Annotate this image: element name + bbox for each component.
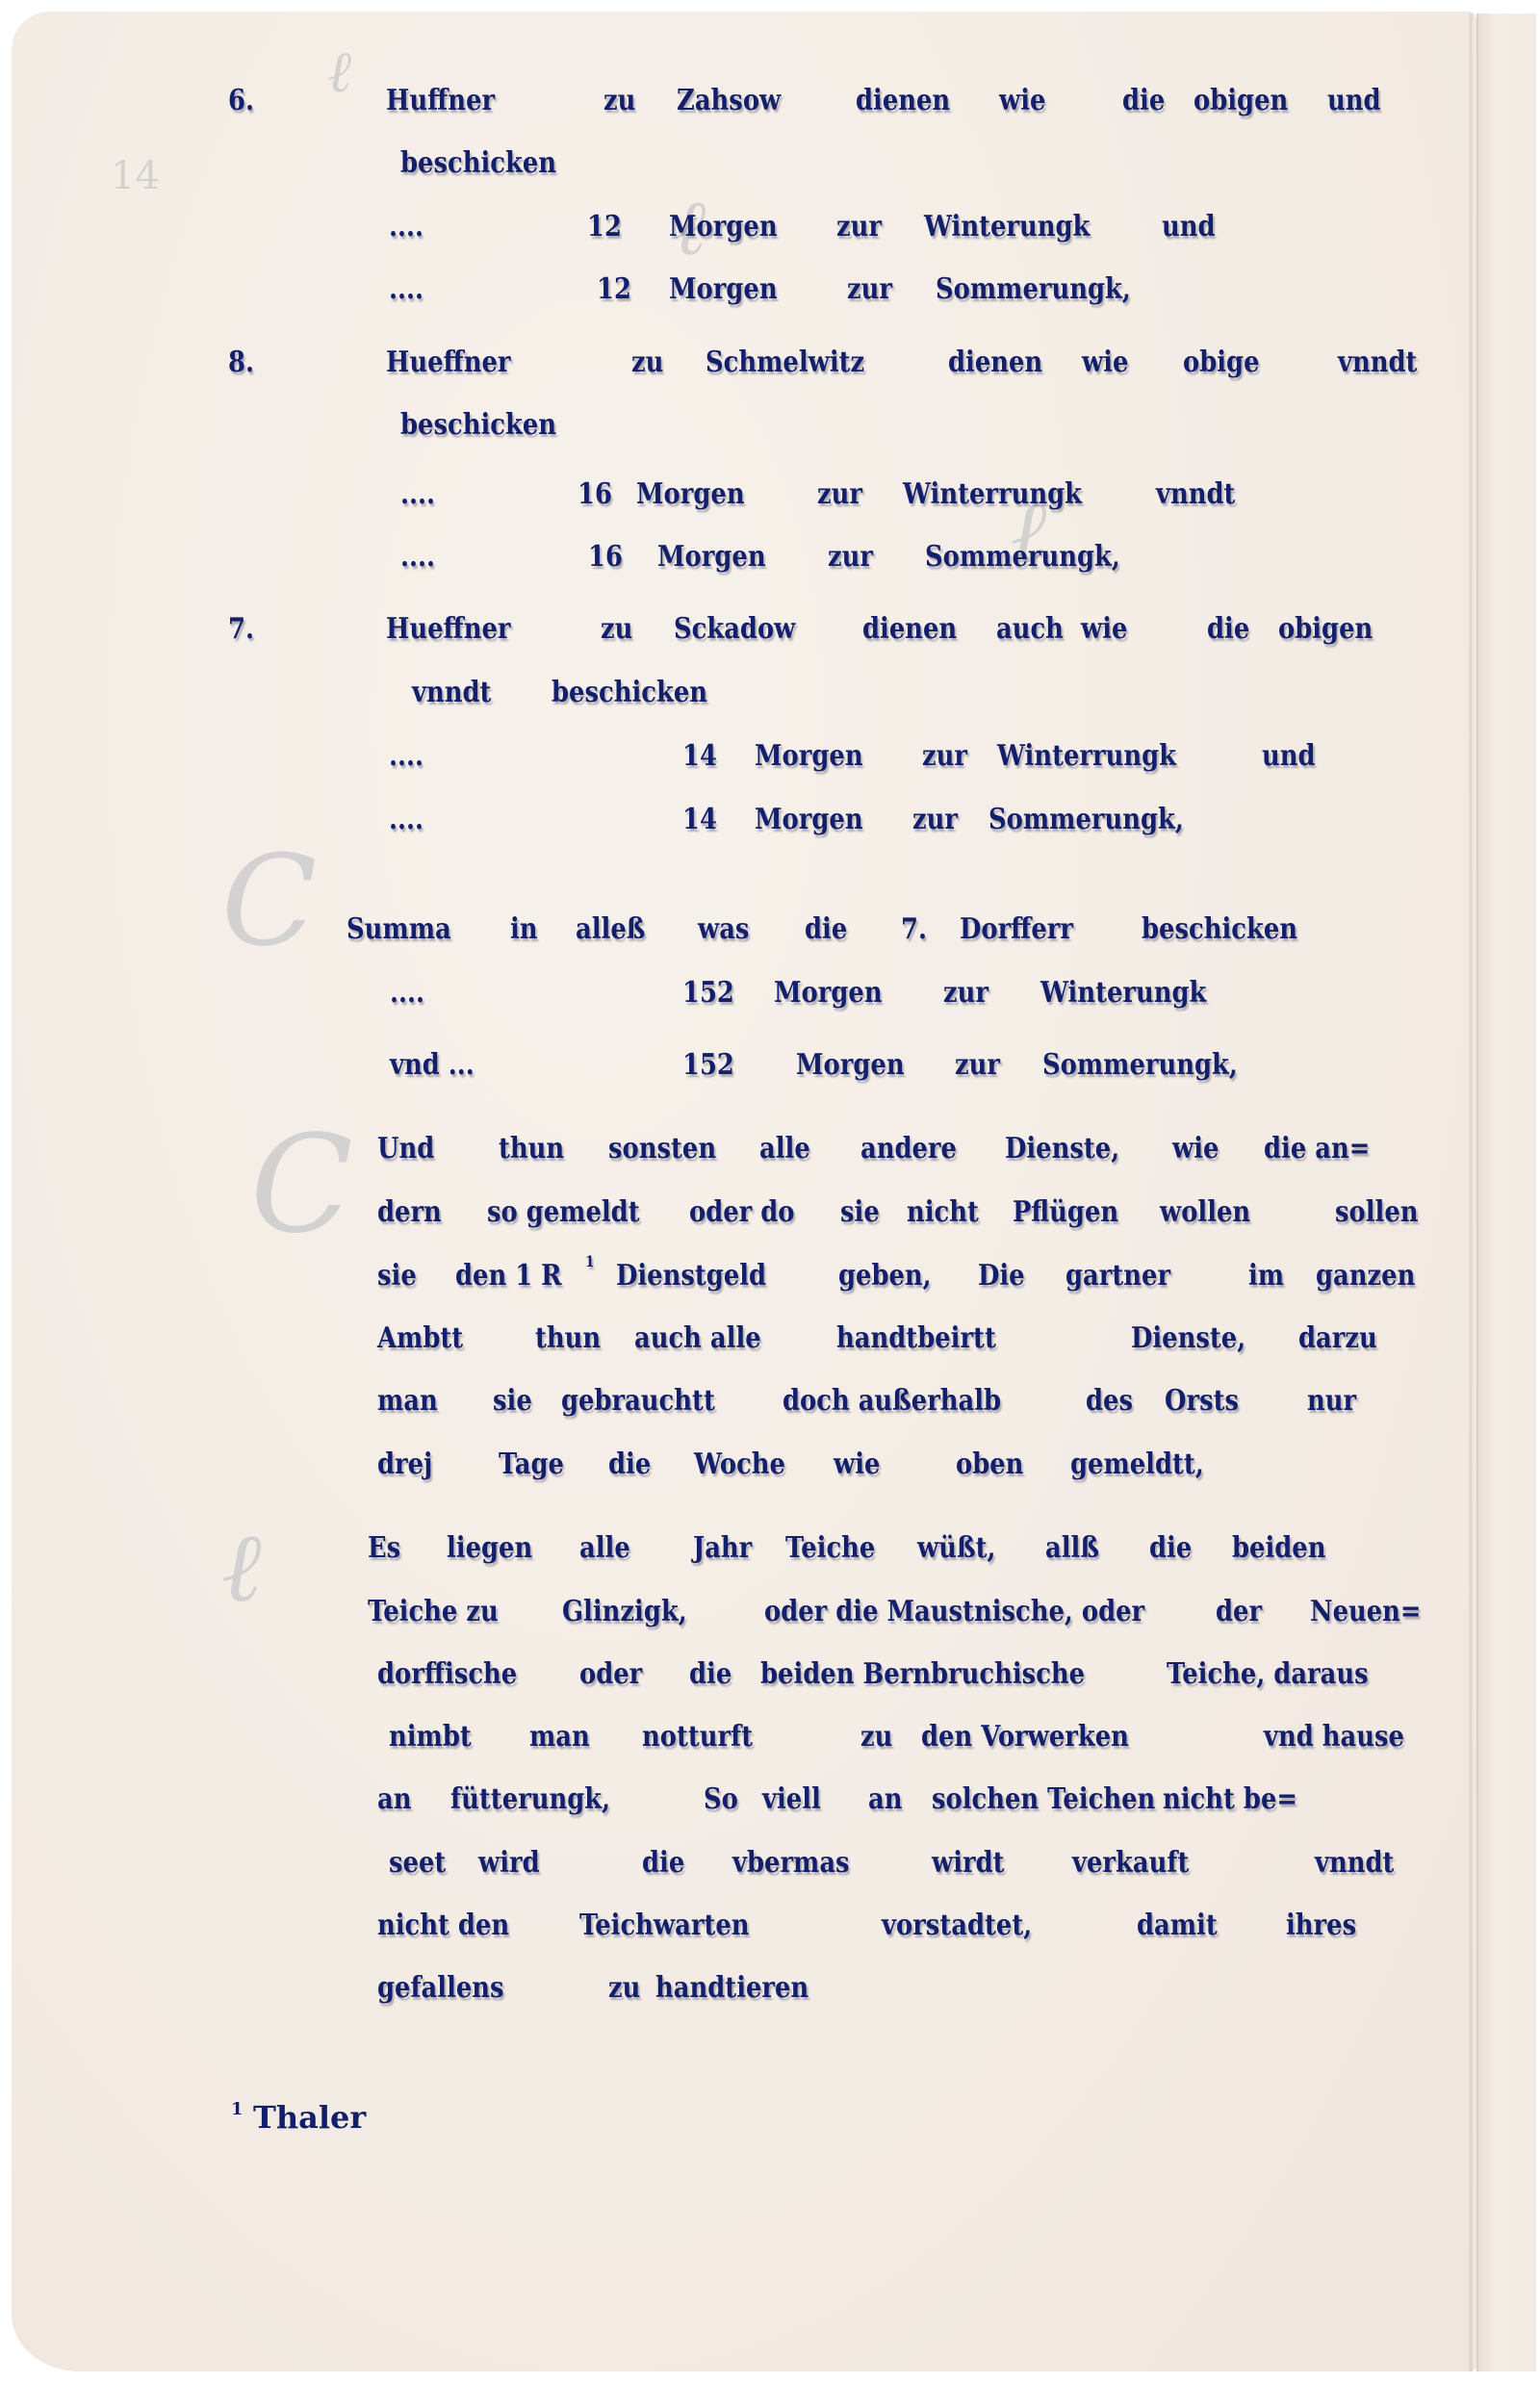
word: die an= [1264,1135,1370,1164]
word: allß [1045,1534,1099,1563]
next-page-edge [1476,13,1536,2371]
word: vnd ... [390,1051,475,1080]
word: notturft [642,1723,753,1752]
word: Hueffner [386,348,510,377]
word: nicht [907,1198,979,1227]
word: obige [1183,348,1260,377]
word: Dienste, [1005,1135,1119,1164]
word: zu [603,87,635,115]
word: viell [762,1785,821,1814]
word: wird [478,1849,540,1878]
word: beschicken [400,411,556,440]
footnote-text: Thaler [253,2102,366,2133]
amount: 152 [682,979,734,1008]
word: auch [996,615,1064,644]
amount: 14 [682,806,717,834]
word: dorffische [377,1660,517,1689]
season: Sommerungk, [988,806,1184,834]
word: Summa [346,915,451,944]
word: den Vorwerken [921,1723,1129,1752]
word: beschicken [552,679,707,707]
background-handwriting: C [250,1107,353,1264]
season: Winterrungk [997,742,1176,771]
word: den 1 R [455,1262,562,1291]
word: Teichwarten [579,1911,750,1940]
word: oder do [689,1198,794,1227]
word: und [1327,87,1381,115]
background-handwriting: 14 [111,154,160,198]
word: darzu [1298,1324,1377,1353]
word: obigen [1278,615,1373,644]
footnote-marker: 1 [231,2101,244,2118]
word: wie [999,87,1045,115]
word: nicht be= [1163,1785,1297,1814]
amount: 12 [587,213,622,242]
word: zur [817,480,862,509]
word: im [1248,1262,1284,1291]
word: zur [955,1051,1000,1080]
word: beiden [1232,1534,1325,1563]
word: alle [579,1534,630,1563]
ellipsis: .... [389,806,423,834]
footnote-ref: 1 [585,1254,595,1269]
unit: Morgen [755,806,863,834]
entry-number: 7. [228,615,254,644]
word: thun [535,1324,601,1353]
word: Pflügen [1013,1198,1118,1227]
word: sonsten [608,1135,716,1164]
word: Neuen= [1310,1598,1422,1627]
word: oben [956,1450,1023,1479]
word: auch alle [634,1324,761,1353]
word: man [377,1387,438,1416]
unit: Morgen [669,275,778,304]
word: und [1162,213,1216,242]
word: doch außerhalb [783,1387,1001,1416]
word: alle [759,1135,810,1164]
word: dienen [862,615,957,644]
amount: 16 [588,543,623,572]
word: an [868,1785,902,1814]
word: verkauft [1072,1849,1189,1878]
word: Dienste, [1131,1324,1245,1353]
word: Hueffner [386,615,510,644]
word: Teiche [785,1534,875,1563]
amount: 14 [682,742,717,771]
word: sie [377,1262,417,1291]
word: und [1262,742,1316,771]
word: die [642,1849,684,1878]
word: vbermas [732,1849,850,1878]
word: die [1149,1534,1192,1563]
word: vnd hause [1264,1723,1404,1752]
word: Dienstgeld [616,1262,766,1291]
unit: Morgen [774,979,883,1008]
word: zur [836,213,882,242]
word: vnndt [1338,348,1417,377]
amount: 152 [682,1051,734,1080]
background-handwriting: C [221,828,317,974]
word: Jahr [693,1534,752,1563]
word: ganzen [1316,1262,1415,1291]
word: nur [1307,1387,1356,1416]
word: Und [377,1135,434,1164]
word: man [529,1723,590,1752]
word: sie [493,1387,532,1416]
page-fold [1468,13,1474,2371]
ellipsis: .... [389,742,423,771]
word: Teiche zu [368,1598,499,1627]
word: 7. [901,915,927,944]
word: Tage [499,1450,564,1479]
word: vnndt [1315,1849,1394,1878]
word: nimbt [389,1723,472,1752]
season: Sommerungk, [936,275,1131,304]
word: Es [368,1534,400,1563]
word: Schmelwitz [706,348,864,377]
word: zu [631,348,663,377]
word: Orsts [1165,1387,1239,1416]
word: beschicken [1142,915,1297,944]
ellipsis: .... [400,543,435,572]
season: Winterrungk [903,480,1082,509]
season: Sommerungk, [925,543,1120,572]
word: so gemeldt [487,1198,640,1227]
word: Teiche, daraus [1167,1660,1369,1689]
season: Winterungk [1040,979,1206,1008]
word: gefallens [377,1974,504,2003]
word: Sckadow [674,615,795,644]
word: damit [1137,1911,1218,1940]
entry-number: 6. [228,87,254,115]
unit: Morgen [657,543,766,572]
word: die [1207,615,1249,644]
unit: Morgen [755,742,863,771]
word: der [1216,1598,1262,1627]
word: Zahsow [677,87,781,115]
word: seet [389,1849,446,1878]
word: Woche [694,1450,785,1479]
word: des [1086,1387,1133,1416]
word: Glinzigk, [562,1598,687,1627]
word: andere [860,1135,957,1164]
word: zu [601,615,632,644]
word: alleß [576,915,645,944]
word: dern [377,1198,442,1227]
word: wie [1082,348,1128,377]
word: vorstadtet, [882,1911,1032,1940]
amount: 12 [597,275,631,304]
ellipsis: .... [389,213,423,242]
word: ihres [1286,1911,1356,1940]
word: in [510,915,538,944]
word: fütterungk, [450,1785,610,1814]
word: die [689,1660,731,1689]
word: oder die Maustnische, oder [764,1598,1144,1627]
word: geben, [838,1262,932,1291]
word: gemeldtt, [1070,1450,1204,1479]
word: wüßt, [917,1534,995,1563]
word: beschicken [400,149,556,178]
word: handtbeirtt [836,1324,996,1353]
word: gebrauchtt [561,1387,715,1416]
unit: Morgen [796,1051,905,1080]
word: nicht den [377,1911,509,1940]
word: was [698,915,749,944]
word: die [608,1450,651,1479]
word: vnndt [1156,480,1235,509]
word: wie [1172,1135,1219,1164]
unit: Morgen [669,213,778,242]
word: die [1122,87,1165,115]
word: sie [840,1198,880,1227]
word: oder [579,1660,642,1689]
word: die [805,915,847,944]
word: Ambtt [377,1324,463,1353]
word: an [377,1785,411,1814]
unit: Morgen [636,480,745,509]
amount: 16 [577,480,612,509]
word: handtieren [655,1974,808,2003]
word: obigen [1193,87,1288,115]
word: thun [499,1135,564,1164]
ellipsis: .... [389,275,423,304]
word: beiden Bernbruchische [760,1660,1085,1689]
word: vnndt [412,679,491,707]
word: Die [978,1262,1025,1291]
word: Huffner [386,87,495,115]
ellipsis: .... [390,979,424,1008]
word: drej [377,1450,432,1479]
word: Dorfferr [960,915,1073,944]
word: zur [828,543,873,572]
word: dienen [856,87,950,115]
word: wollen [1160,1198,1250,1227]
word: gartner [1065,1262,1170,1291]
word: zur [922,742,967,771]
word: liegen [447,1534,532,1563]
word: wirdt [932,1849,1005,1878]
word: zu [860,1723,892,1752]
word: dienen [948,348,1042,377]
word: solchen Teichen [932,1785,1155,1814]
word: wie [1081,615,1127,644]
season: Sommerungk, [1042,1051,1238,1080]
background-handwriting: ℓ [221,1511,262,1624]
word: zur [943,979,988,1008]
word: zur [847,275,892,304]
word: zu [608,1974,640,2003]
ellipsis: .... [400,480,435,509]
season: Winterungk [924,213,1090,242]
entry-number: 8. [228,348,254,377]
word: zur [912,806,958,834]
word: wie [834,1450,880,1479]
word: sollen [1335,1198,1419,1227]
background-handwriting: ℓ [327,38,351,106]
word: So [704,1785,738,1814]
